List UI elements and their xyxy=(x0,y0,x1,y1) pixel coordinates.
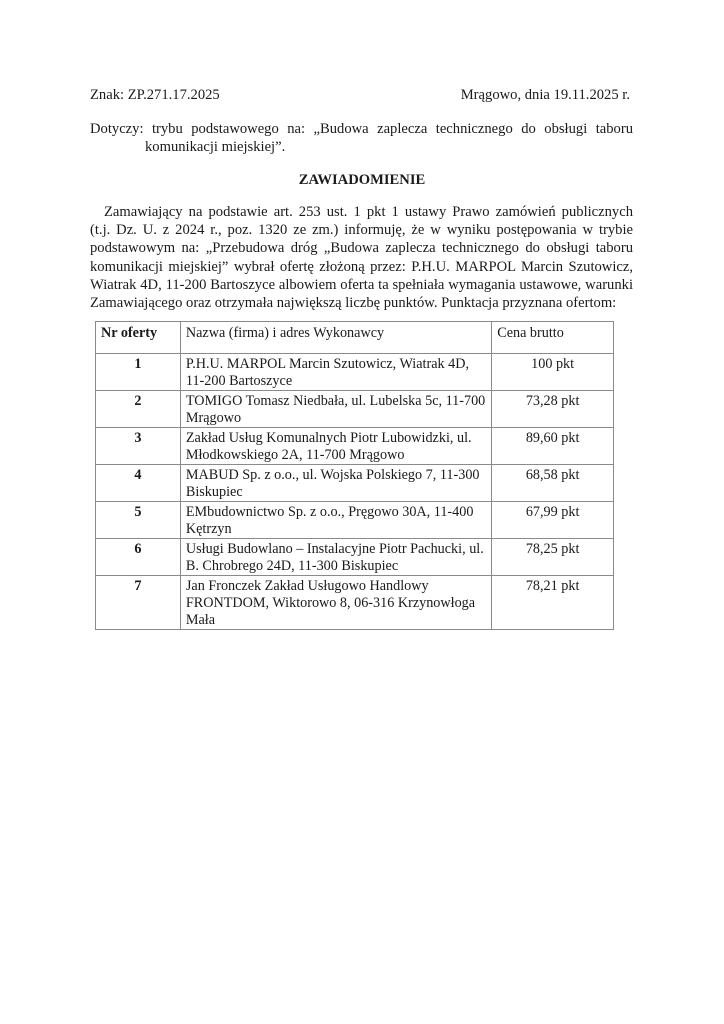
table-header-row: Nr oferty Nazwa (firma) i adres Wykonawc… xyxy=(96,322,614,354)
table-row: 3Zakład Usług Komunalnych Piotr Lubowidz… xyxy=(96,428,614,465)
table-row: 4MABUD Sp. z o.o., ul. Wojska Polskiego … xyxy=(96,465,614,502)
offer-price: 100 pkt xyxy=(492,354,614,391)
offer-price: 78,21 pkt xyxy=(492,576,614,630)
body-line: Zamawiającego oraz otrzymała największą … xyxy=(90,294,633,312)
subject-line-2: komunikacji miejskiej”. xyxy=(90,138,633,156)
offer-number: 3 xyxy=(96,428,181,465)
contractor-name: MABUD Sp. z o.o., ul. Wojska Polskiego 7… xyxy=(180,465,491,502)
table-row: 2TOMIGO Tomasz Niedbała, ul. Lubelska 5c… xyxy=(96,391,614,428)
table-row: 7Jan Fronczek Zakład Usługowo Handlowy F… xyxy=(96,576,614,630)
place-and-date: Mrągowo, dnia 19.11.2025 r. xyxy=(461,87,630,104)
body-line: komunikacji miejskiej” wybrał ofertę zło… xyxy=(90,258,633,276)
offers-table: Nr oferty Nazwa (firma) i adres Wykonawc… xyxy=(95,321,614,630)
offer-price: 89,60 pkt xyxy=(492,428,614,465)
offer-price: 78,25 pkt xyxy=(492,539,614,576)
offer-number: 1 xyxy=(96,354,181,391)
header-price: Cena brutto xyxy=(492,322,614,354)
offer-price: 68,58 pkt xyxy=(492,465,614,502)
table-row: 6Usługi Budowlano – Instalacyjne Piotr P… xyxy=(96,539,614,576)
offer-number: 4 xyxy=(96,465,181,502)
body-line: (t.j. Dz. U. z 2024 r., poz. 1320 ze zm.… xyxy=(90,221,633,239)
notice-body: Zamawiający na podstawie art. 253 ust. 1… xyxy=(90,203,633,312)
offer-number: 2 xyxy=(96,391,181,428)
contractor-name: P.H.U. MARPOL Marcin Szutowicz, Wiatrak … xyxy=(180,354,491,391)
subject-line-1: Dotyczy: trybu podstawowego na: „Budowa … xyxy=(90,120,633,138)
contractor-name: Jan Fronczek Zakład Usługowo Handlowy FR… xyxy=(180,576,491,630)
table-row: 1P.H.U. MARPOL Marcin Szutowicz, Wiatrak… xyxy=(96,354,614,391)
table-row: 5EMbudownictwo Sp. z o.o., Pręgowo 30A, … xyxy=(96,502,614,539)
offer-price: 73,28 pkt xyxy=(492,391,614,428)
body-line: Wiatrak 4D, 11-200 Bartoszyce albowiem o… xyxy=(90,276,633,294)
contractor-name: EMbudownictwo Sp. z o.o., Pręgowo 30A, 1… xyxy=(180,502,491,539)
offer-price: 67,99 pkt xyxy=(492,502,614,539)
contractor-name: Zakład Usług Komunalnych Piotr Lubowidzk… xyxy=(180,428,491,465)
offer-number: 7 xyxy=(96,576,181,630)
offer-number: 5 xyxy=(96,502,181,539)
header-offer-number: Nr oferty xyxy=(96,322,181,354)
contractor-name: TOMIGO Tomasz Niedbała, ul. Lubelska 5c,… xyxy=(180,391,491,428)
body-line: podstawowym na: „Przebudowa dróg „Budowa… xyxy=(90,239,633,257)
contractor-name: Usługi Budowlano – Instalacyjne Piotr Pa… xyxy=(180,539,491,576)
document-title: ZAWIADOMIENIE xyxy=(0,172,724,189)
offer-number: 6 xyxy=(96,539,181,576)
reference-number: Znak: ZP.271.17.2025 xyxy=(90,87,220,104)
body-line: Zamawiający na podstawie art. 253 ust. 1… xyxy=(90,203,633,221)
subject: Dotyczy: trybu podstawowego na: „Budowa … xyxy=(90,120,633,156)
header-contractor: Nazwa (firma) i adres Wykonawcy xyxy=(180,322,491,354)
